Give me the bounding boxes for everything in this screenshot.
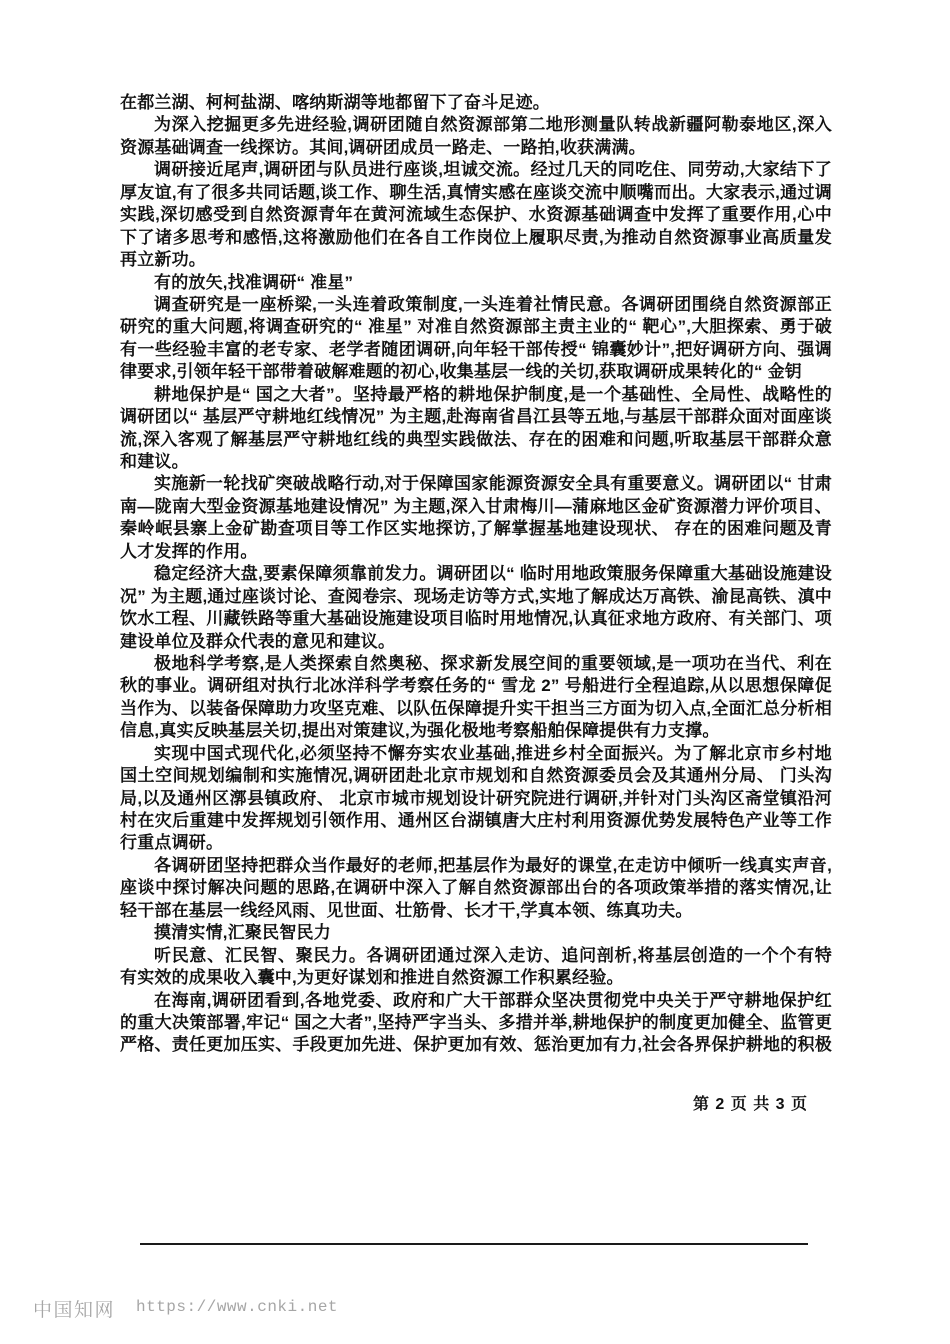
text-line: 轻干部在基层一线经风雨、见世面、壮筋骨、长才干,学真本领、练真功夫。 [120,900,832,922]
text-line: 有一些经验丰富的老专家、老学者随团调研,向年轻干部传授“ 锦囊妙计”,把好调研方… [120,339,832,361]
text-line: 稳定经济大盘,要素保障须靠前发力。调研团以“ 临时用地政策服务保障重大基础设施建… [120,563,832,585]
text-line: 有实效的成果收入囊中,为更好谋划和推进自然资源工作积累经验。 [120,967,832,989]
text-line: 各调研团坚持把群众当作最好的老师,把基层作为最好的课堂,在走访中倾听一线真实声音… [120,855,832,877]
cnki-watermark-url: https://www.cnki.net [136,1298,338,1316]
text-line: 国土空间规划编制和实施情况,调研团赴北京市规划和自然资源委员会及其通州分局、 门… [120,765,832,787]
text-line: 南—陇南大型金资源基地建设情况” 为主题,深入甘肃梅川—蒲麻地区金矿资源潜力评价… [120,496,832,518]
text-line: 调查研究是一座桥梁,一头连着政策制度,一头连着社情民意。各调研团围绕自然资源部正… [120,294,832,316]
body-text: 在都兰湖、柯柯盐湖、喀纳斯湖等地都留下了奋斗足迹。为深入挖掘更多先进经验,调研团… [120,92,832,1057]
text-line: 在都兰湖、柯柯盐湖、喀纳斯湖等地都留下了奋斗足迹。 [120,92,832,114]
text-line: 局,以及通州区漷县镇政府、 北京市城市规划设计研究院进行调研,并针对门头沟区斋堂… [120,788,832,810]
text-line: 调研接近尾声,调研团与队员进行座谈,坦诚交流。经过几天的同吃住、同劳动,大家结下… [120,159,832,181]
page-number: 第 2 页 共 3 页 [120,1091,808,1114]
text-line: 研究的重大问题,将调查研究的“ 准星” 对准自然资源部主责主业的“ 靶心”,大胆… [120,316,832,338]
text-line: 建设单位及群众代表的意见和建议。 [120,631,832,653]
text-line: 实施新一轮找矿突破战略行动,对于保障国家能源资源安全具有重要意义。调研团以“ 甘… [120,473,832,495]
text-line: 村在灾后重建中发挥规划引领作用、通州区台湖镇唐大庄村利用资源优势发展特色产业等工… [120,810,832,832]
cnki-watermark-sitename: 中国知网 [33,1295,115,1322]
text-line: 流,深入客观了解基层严守耕地红线的典型实践做法、存在的困难和问题,听取基层干部群… [120,429,832,451]
text-line: 人才发挥的作用。 [120,541,832,563]
text-line: 秦岭岷县寨上金矿勘查项目等工作区实地探访,了解掌握基地建设现状、 存在的困难问题… [120,518,832,540]
text-line: 再立新功。 [120,249,832,271]
text-line: 秋的事业。调研组对执行北冰洋科学考察任务的“ 雪龙 2” 号船进行全程追踪,从以… [120,675,832,697]
text-line: 资源基础调查一线探访。其间,调研团成员一路走、一路拍,收获满满。 [120,137,832,159]
text-line: 为深入挖掘更多先进经验,调研团随自然资源部第二地形测量队转战新疆阿勒泰地区,深入… [120,114,832,136]
text-line: 耕地保护是“ 国之大者”。坚持最严格的耕地保护制度,是一个基础性、全局性、战略性… [120,384,832,406]
text-line: 严格、责任更加压实、手段更加先进、保护更加有效、惩治更加有力,社会各界保护耕地的… [120,1034,832,1056]
text-line: 实践,深切感受到自然资源青年在黄河流域生态保护、水资源基础调查中发挥了重要作用,… [120,204,832,226]
text-line: 下了诸多思考和感悟,这将激励他们在各自工作岗位上履职尽责,为推动自然资源事业高质… [120,227,832,249]
document-page: 在都兰湖、柯柯盐湖、喀纳斯湖等地都留下了奋斗足迹。为深入挖掘更多先进经验,调研团… [0,0,950,1344]
text-line: 在海南,调研团看到,各地党委、政府和广大干部群众坚决贯彻党中央关于严守耕地保护红… [120,990,832,1012]
footer-divider [140,1243,808,1245]
text-line: 厚友谊,有了很多共同话题,谈工作、聊生活,真情实感在座谈交流中顺嘴而出。大家表示… [120,182,832,204]
text-line: 当作为、以装备保障助力攻坚克难、以队伍保障提升实干担当三方面为切入点,全面汇总分… [120,698,832,720]
text-line: 和建议。 [120,451,832,473]
text-line: 实现中国式现代化,必须坚持不懈夯实农业基础,推进乡村全面振兴。为了解北京市乡村地… [120,743,832,765]
text-line: 行重点调研。 [120,832,832,854]
text-line: 饮水工程、川藏铁路等重大基础设施建设项目临时用地情况,认真征求地方政府、有关部门… [120,608,832,630]
text-line: 的重大决策部署,牢记“ 国之大者”,坚持严字当头、多措并举,耕地保护的制度更加健… [120,1012,832,1034]
text-line: 调研团以“ 基层严守耕地红线情况” 为主题,赴海南省昌江县等五地,与基层干部群众… [120,406,832,428]
text-line: 有的放矢,找准调研“ 准星” [120,272,832,294]
text-line: 摸清实情,汇聚民智民力 [120,922,832,944]
text-line: 听民意、汇民智、聚民力。各调研团通过深入走访、追问剖析,将基层创造的一个个有特色… [120,945,832,967]
text-line: 信息,真实反映基层关切,提出对策建议,为强化极地考察船舶保障提供有力支撑。 [120,720,832,742]
text-line: 况” 为主题,通过座谈讨论、查阅卷宗、现场走访等方式,实地了解成达万高铁、渝昆高… [120,586,832,608]
text-line: 座谈中探讨解决问题的思路,在调研中深入了解自然资源部出台的各项政策举措的落实情况… [120,877,832,899]
text-line: 极地科学考察,是人类探索自然奥秘、探求新发展空间的重要领域,是一项功在当代、利在… [120,653,832,675]
text-line: 律要求,引领年轻干部带着破解难题的初心,收集基层一线的关切,获取调研成果转化的“… [120,361,832,383]
